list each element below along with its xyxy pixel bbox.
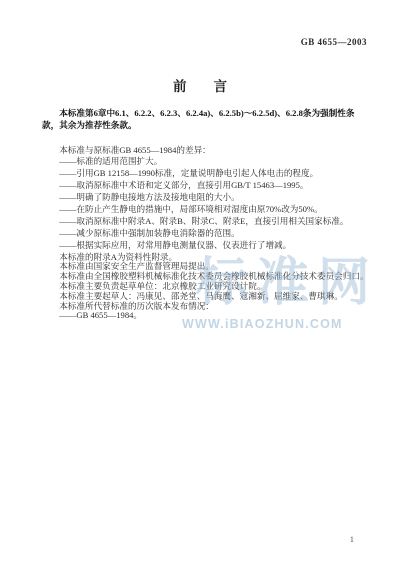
standard-number: GB 4655—2003 [301,37,367,47]
document-page: GB 4655—2003 前 言 本标准第6章中6.1、6.2.2、6.2.3、… [0,0,400,574]
statements-list: 本标准的附录A为资料性附录。 本标准由国家安全生产监督管理局提出。 本标准由全国… [42,253,369,322]
statement-line: ——GB 4655—1984。 [42,311,369,321]
change-item: ——标准的适用范围扩大。 [42,156,369,168]
change-item: ——取消原标准中附录A、附录B、附录C、附录E，直接引用相关国家标准。 [42,216,369,228]
differences-intro: 本标准与原标准GB 4655—1984的差异： [42,145,369,157]
change-item: ——减少原标准中强制加装静电消除器的范围。 [42,228,369,240]
change-item: ——明确了防静电接地方法及接地电阻的大小。 [42,192,369,204]
page-number: 1 [350,534,354,544]
change-item: ——引用GB 12158—1990标准，定量说明静电引起人体电击的程度。 [42,168,369,180]
change-item: ——取消原标准中术语和定义部分，直接引用GB/T 15463—1995。 [42,180,369,192]
foreword-body: 本标准第6章中6.1、6.2.2、6.2.3、6.2.4a)、6.2.5b)～6… [42,108,369,321]
mandatory-clause-paragraph: 本标准第6章中6.1、6.2.2、6.2.3、6.2.4a)、6.2.5b)～6… [42,108,369,132]
change-item: ——在防止产生静电的措施中，局部环境相对湿度由原70%改为50%。 [42,204,369,216]
changes-list: ——标准的适用范围扩大。 ——引用GB 12158—1990标准，定量说明静电引… [42,156,369,251]
change-item: ——根据实际应用，对常用静电测量仪器、仪表进行了增减。 [42,240,369,252]
page-title: 前 言 [0,75,400,95]
